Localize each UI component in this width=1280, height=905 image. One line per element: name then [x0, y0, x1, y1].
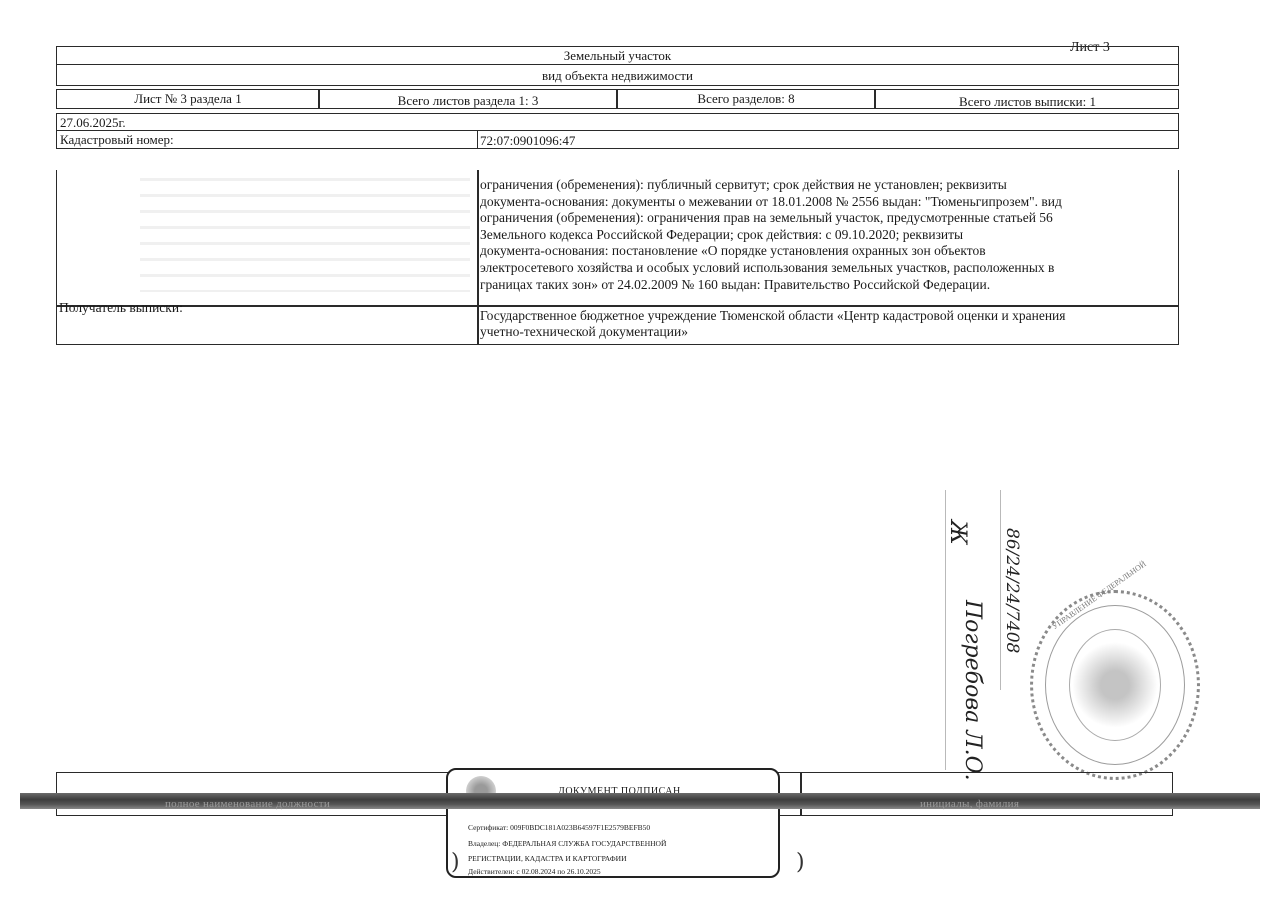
- column-divider: [318, 89, 320, 109]
- total-sheets-extract: Всего листов выписки: 1: [875, 94, 1180, 109]
- restriction-line: ограничения (обременения): ограничения п…: [480, 210, 1062, 227]
- restriction-line: электросетевого хозяйства и особых услов…: [480, 260, 1062, 277]
- restriction-line: документа-основания: постановление «О по…: [480, 243, 1062, 260]
- row-divider: [56, 305, 1179, 307]
- object-type-caption: вид объекта недвижимости: [57, 68, 1178, 83]
- faded-text-area: [140, 172, 470, 292]
- recipient-line: учетно-технической документации»: [480, 324, 1065, 340]
- extract-date: 27.06.2025г.: [60, 115, 126, 130]
- cadastral-row: Кадастровый номер: 72:07:0901096:47: [56, 130, 1179, 149]
- scan-artifact-bar: [446, 793, 780, 809]
- object-type: Земельный участок: [57, 48, 1178, 63]
- bracket-right: ): [796, 850, 805, 875]
- cadastral-number: 72:07:0901096:47: [480, 133, 575, 148]
- object-type-row: Земельный участок: [56, 46, 1179, 65]
- object-type-caption-row: вид объекта недвижимости: [56, 64, 1179, 86]
- name-caption: инициалы, фамилия: [920, 798, 1019, 810]
- sheet-of-section: Лист № 3 раздела 1: [57, 91, 319, 106]
- bracket-left: ): [451, 850, 460, 875]
- recipient-line: Государственное бюджетное учреждение Тюм…: [480, 308, 1065, 324]
- column-divider: [477, 130, 478, 149]
- esig-owner-line2: РЕГИСТРАЦИИ, КАДАСТРА И КАРТОГРАФИИ: [468, 854, 627, 863]
- handwritten-number: 86/24/24/7408: [1002, 528, 1022, 653]
- restriction-line: границах таких зон» от 24.02.2009 № 160 …: [480, 277, 1062, 294]
- official-seal: УПРАВЛЕНИЕ ФЕДЕРАЛЬНОЙ: [1030, 590, 1200, 780]
- date-row: 27.06.2025г.: [56, 113, 1179, 131]
- recipient-label: Получатель выписки:: [59, 300, 183, 315]
- faint-margin-line: [1000, 490, 1001, 690]
- restriction-line: документа-основания: документы о межеван…: [480, 194, 1062, 211]
- column-divider: [477, 170, 479, 345]
- restriction-line: ограничения (обременения): публичный сер…: [480, 177, 1062, 194]
- seal-text: УПРАВЛЕНИЕ ФЕДЕРАЛЬНОЙ: [1050, 559, 1147, 631]
- recipient-value: Государственное бюджетное учреждение Тюм…: [480, 308, 1065, 340]
- esig-owner-line1: Владелец: ФЕДЕРАЛЬНАЯ СЛУЖБА ГОСУДАРСТВЕ…: [468, 839, 666, 848]
- restriction-line: Земельного кодекса Российской Федерации;…: [480, 227, 1062, 244]
- handwritten-initials: Ж: [945, 520, 970, 545]
- cadastral-label: Кадастровый номер:: [60, 132, 174, 147]
- electronic-signature-stamp: ДОКУМЕНТ ПОДПИСАН Сертификат: 009F0BDC18…: [446, 768, 780, 878]
- handwritten-name: Погребова Л.О.: [960, 600, 985, 781]
- esig-valid: Действителен: с 02.08.2024 по 26.10.2025: [468, 867, 601, 876]
- position-caption: полное наименование должности: [165, 798, 330, 810]
- esig-certificate: Сертификат: 009F0BDC181A023B64597F1E2579…: [468, 823, 650, 832]
- total-sections: Всего разделов: 8: [617, 91, 875, 106]
- sheet-info-row: Лист № 3 раздела 1 Всего листов раздела …: [56, 89, 1179, 109]
- column-divider: [874, 89, 876, 109]
- column-divider: [616, 89, 618, 109]
- total-sheets-section: Всего листов раздела 1: 3: [319, 93, 617, 108]
- restrictions-text: ограничения (обременения): публичный сер…: [480, 177, 1062, 293]
